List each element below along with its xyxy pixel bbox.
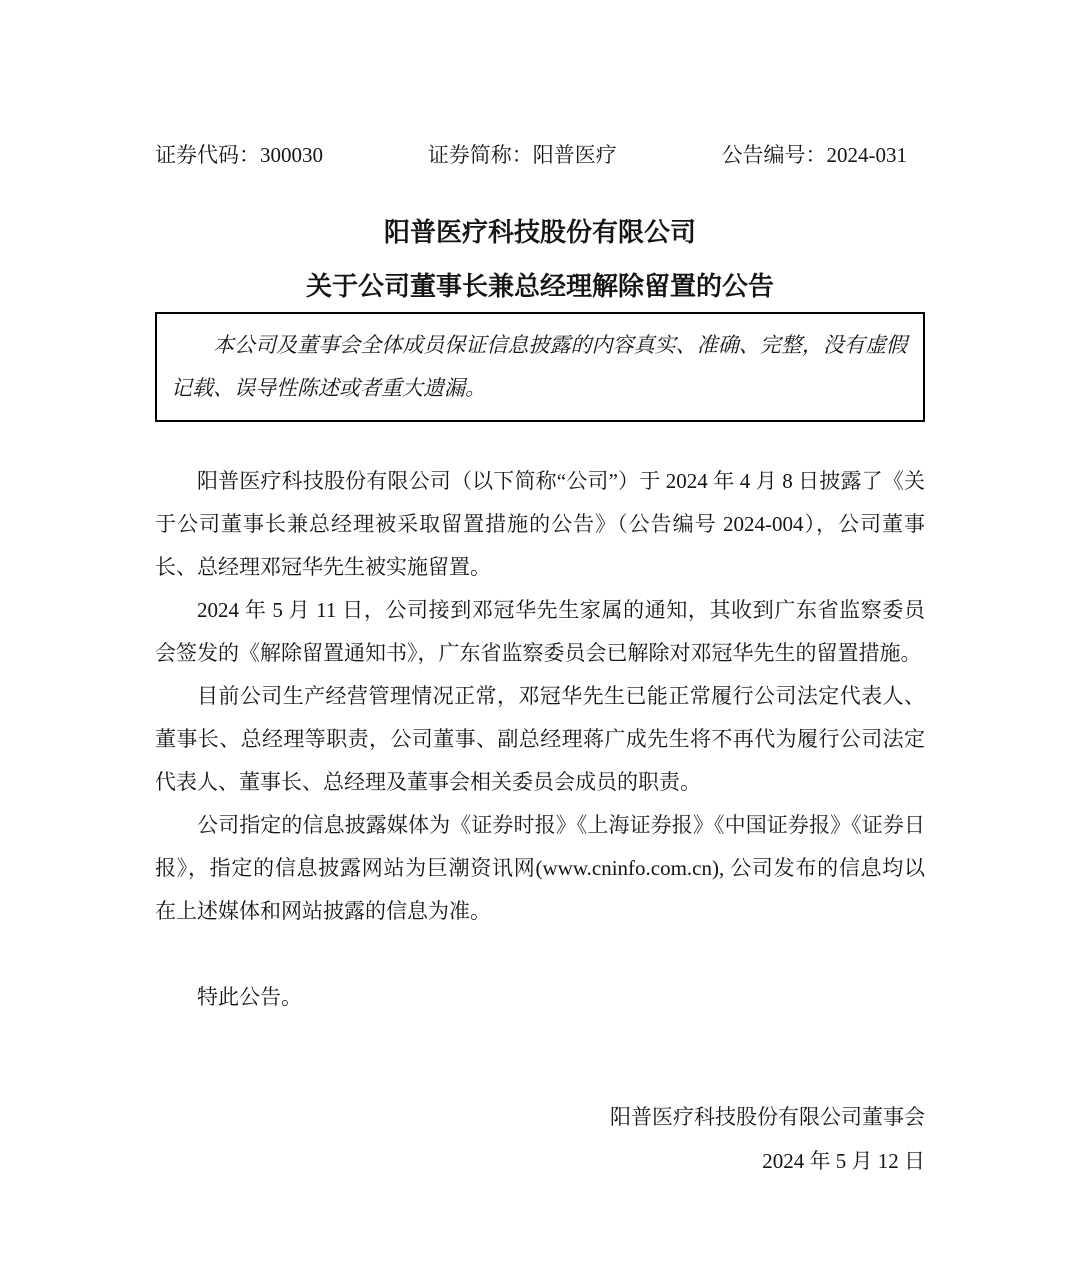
- announcement-title: 关于公司董事长兼总经理解除留置的公告: [155, 270, 925, 304]
- announcement-document: 证券代码：300030 证券简称：阳普医疗 公告编号：2024-031 阳普医疗…: [0, 0, 1080, 1261]
- signature-date: 2024 年 5 月 12 日: [155, 1139, 925, 1183]
- paragraph-disclosure: 阳普医疗科技股份有限公司（以下简称“公司”）于 2024 年 4 月 8 日披露…: [155, 460, 925, 589]
- closing-text: 特此公告。: [155, 976, 925, 1019]
- announcement-number: 公告编号：2024-031: [722, 140, 908, 170]
- doc-header: 证券代码：300030 证券简称：阳普医疗 公告编号：2024-031: [155, 140, 925, 170]
- doc-body: 阳普医疗科技股份有限公司（以下简称“公司”）于 2024 年 4 月 8 日披露…: [155, 460, 925, 1019]
- paragraph-media: 公司指定的信息披露媒体为《证券时报》《上海证券报》《中国证券报》《证券日报》，指…: [155, 804, 925, 933]
- company-title: 阳普医疗科技股份有限公司: [155, 216, 925, 250]
- statement-box: 本公司及董事会全体成员保证信息披露的内容真实、准确、完整，没有虚假记载、误导性陈…: [155, 312, 925, 422]
- stock-name: 证券简称：阳普医疗: [428, 140, 617, 170]
- paragraph-notice: 2024 年 5 月 11 日，公司接到邓冠华先生家属的通知，其收到广东省监察委…: [155, 589, 925, 675]
- paragraph-operations: 目前公司生产经营管理情况正常，邓冠华先生已能正常履行公司法定代表人、董事长、总经…: [155, 675, 925, 804]
- signature-company: 阳普医疗科技股份有限公司董事会: [155, 1095, 925, 1139]
- statement-text: 本公司及董事会全体成员保证信息披露的内容真实、准确、完整，没有虚假记载、误导性陈…: [171, 324, 907, 410]
- signature-block: 阳普医疗科技股份有限公司董事会 2024 年 5 月 12 日: [155, 1095, 925, 1183]
- stock-code: 证券代码：300030: [155, 140, 323, 170]
